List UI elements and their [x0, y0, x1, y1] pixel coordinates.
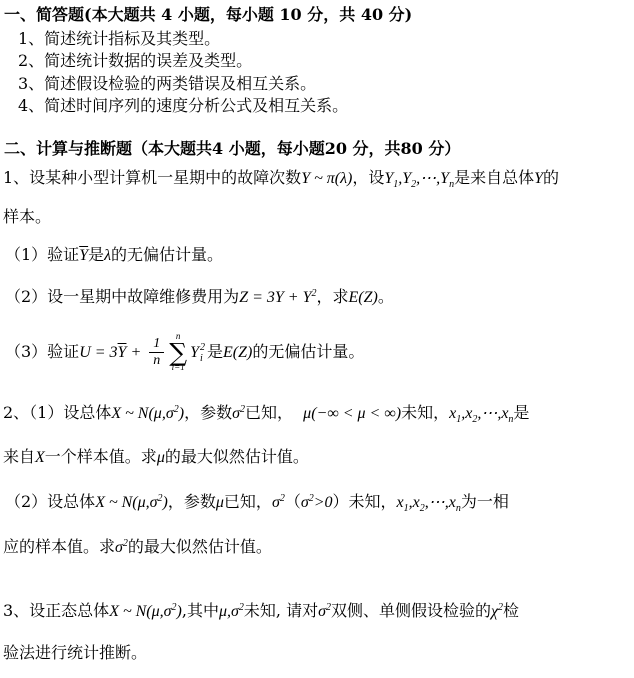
section-1-item-2: 2、简述统计数据的误差及类型。	[18, 51, 252, 71]
question-1-line-1: 1、设某种小型计算机一星期中的故障次数Y ~ π(λ)，设Y1,Y2,⋯,Yn是…	[3, 168, 559, 192]
section-1-item-4: 4、简述时间序列的速度分析公式及相互关系。	[18, 96, 348, 116]
question-3-line-2: 验法进行统计推断。	[3, 643, 147, 663]
question-1-line-2: 样本。	[3, 207, 51, 227]
question-2-part-2-line-2: 应的样本值。求σ2的最大似然估计值。	[3, 537, 272, 558]
question-1-part-3: （3）验证U = 3Y + 1nn∑i=1Y2i是E(Z)的无偏估计量。	[5, 332, 364, 373]
question-1-part-1: （1）验证Y是λ的无偏估计量。	[5, 245, 223, 266]
section-1-item-1: 1、简述统计指标及其类型。	[18, 29, 220, 49]
section-2-heading: 二、计算与推断题（本大题共4 小题，每小题20 分，共80 分）	[4, 139, 460, 159]
question-2-part-1-line-1: 2、（1）设总体X ~ N(μ,σ2)，参数σ2已知， μ(−∞ < μ < ∞…	[3, 403, 529, 427]
question-3-line-1: 3、设正态总体X ~ N(μ,σ2),其中μ,σ2未知, 请对σ2双侧、单侧假设…	[3, 601, 519, 622]
section-1-heading: 一、简答题(本大题共 4 小题，每小题 10 分，共 40 分)	[4, 5, 412, 25]
question-2-part-1-line-2: 来自X一个样本值。求μ的最大似然估计值。	[3, 447, 309, 468]
exam-document-page: 一、简答题(本大题共 4 小题，每小题 10 分，共 40 分) 1、简述统计指…	[0, 0, 634, 678]
question-2-part-2-line-1: （2）设总体X ~ N(μ,σ2)，参数μ已知，σ2（σ2>0）未知，x1,x2…	[5, 492, 509, 516]
section-1-item-3: 3、简述假设检验的两类错误及相互关系。	[18, 74, 316, 94]
question-1-part-2: （2）设一星期中故障维修费用为Z = 3Y + Y2，求E(Z)。	[5, 287, 394, 308]
